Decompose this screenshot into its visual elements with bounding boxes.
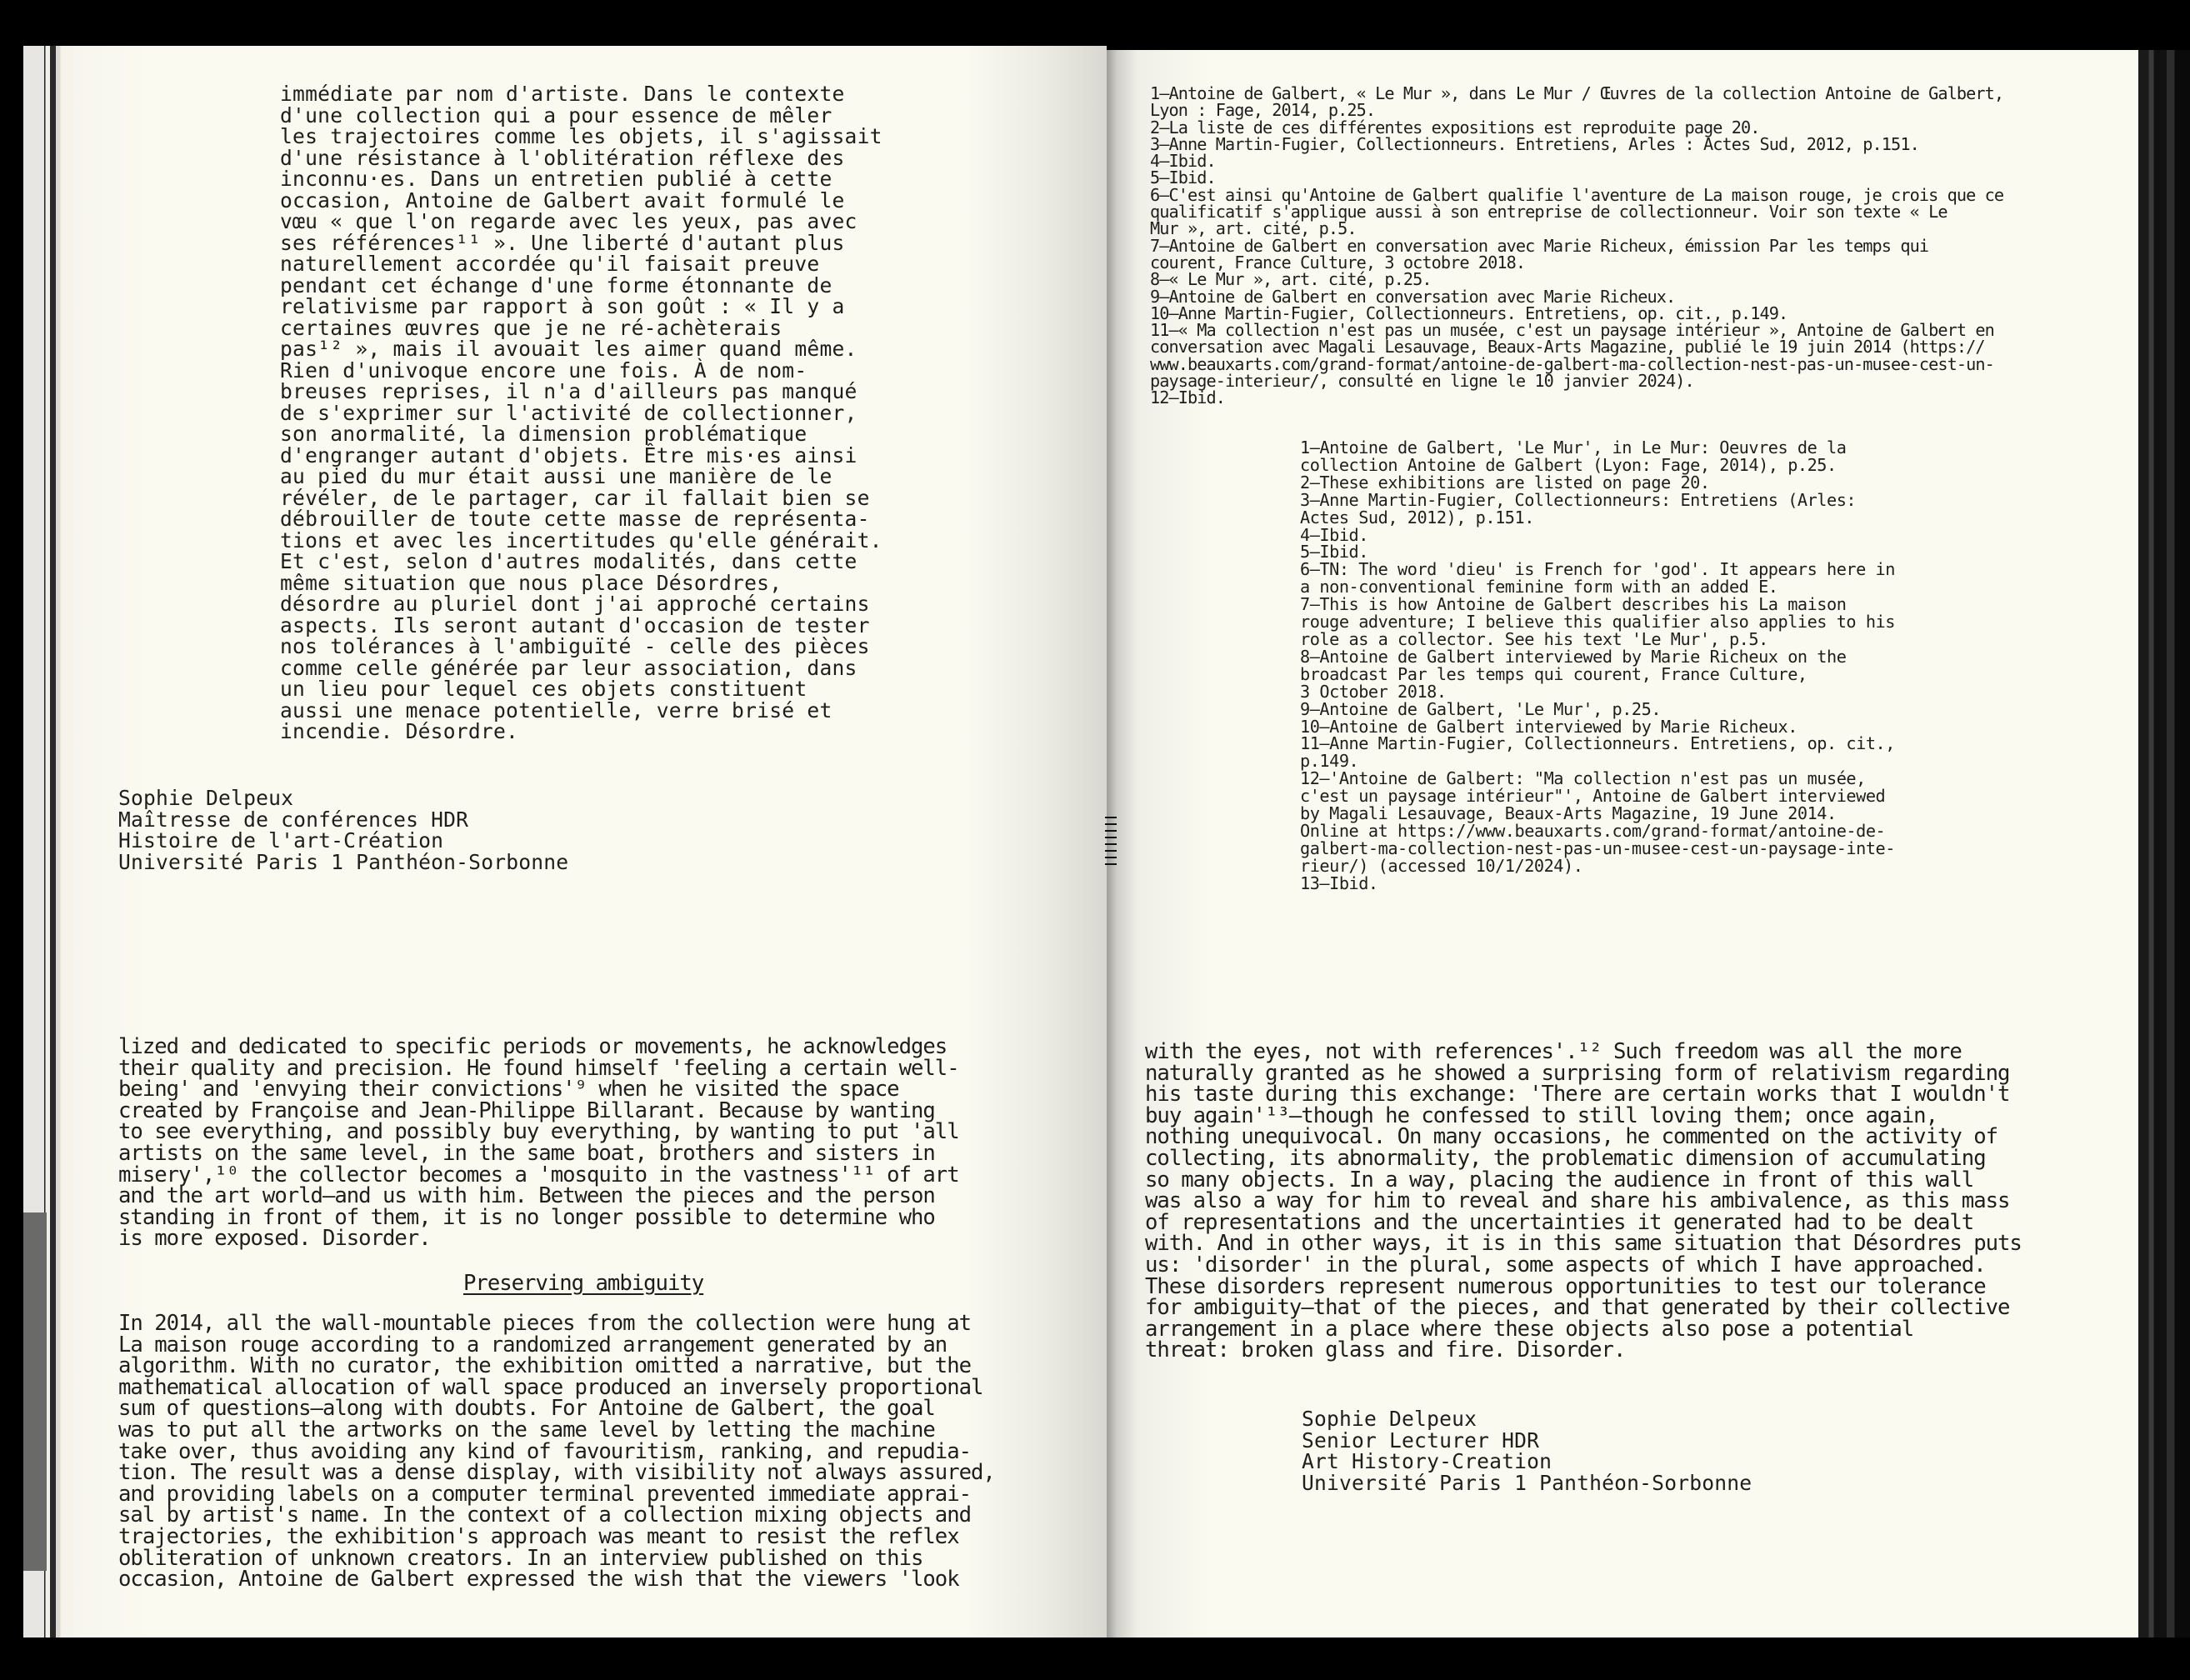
text-line: his taste during this exchange: 'There a…: [1145, 1084, 2022, 1106]
text-line: qualificatif s'applique aussi à son entr…: [1150, 203, 2003, 220]
text-line: 12—'Antoine de Galbert: "Ma collection n…: [1300, 770, 1895, 787]
section-heading: Preserving ambiguity: [463, 1271, 703, 1296]
french-body-text: immédiate par nom d'artiste. Dans le con…: [280, 83, 882, 742]
text-line: www.beauxarts.com/grand-format/antoine-d…: [1150, 356, 2003, 372]
text-line: d'une résistance à l'oblitération réflex…: [280, 147, 882, 169]
text-line: relativisme par rapport à son goût : « I…: [280, 296, 882, 317]
text-line: is more exposed. Disorder.: [118, 1228, 959, 1250]
text-line: Actes Sud, 2012), p.151.: [1300, 509, 1895, 527]
text-line: 11—Anne Martin-Fugier, Collectionneurs. …: [1300, 735, 1895, 752]
text-line: for ambiguity—that of the pieces, and th…: [1145, 1297, 2022, 1319]
text-line: collection Antoine de Galbert (Lyon: Fag…: [1300, 457, 1895, 474]
footnotes-french: 1—Antoine de Galbert, « Le Mur », dans L…: [1150, 85, 2003, 407]
text-line: rouge adventure; I believe this qualifie…: [1300, 613, 1895, 631]
text-line: Sophie Delpeux: [118, 787, 568, 809]
text-line: was also a way for him to reveal and sha…: [1145, 1191, 2022, 1212]
text-line: 9—Antoine de Galbert, 'Le Mur', p.25.: [1300, 701, 1895, 718]
text-line: 9—Antoine de Galbert en conversation ave…: [1150, 288, 2003, 305]
text-line: galbert-ma-collection-nest-pas-un-musee-…: [1300, 840, 1895, 857]
text-line: us: 'disorder' in the plural, some aspec…: [1145, 1255, 2022, 1277]
text-line: broadcast Par les temps qui courent, Fra…: [1300, 666, 1895, 683]
text-line: artists on the same level, in the same b…: [118, 1143, 959, 1165]
text-line: algorithm. With no curator, the exhibiti…: [118, 1356, 995, 1377]
text-line: role as a collector. See his text 'Le Mu…: [1300, 631, 1895, 648]
text-line: Lyon : Fage, 2014, p.25.: [1150, 102, 2003, 118]
text-line: breuses reprises, il n'a d'ailleurs pas …: [280, 381, 882, 402]
text-line: pendant cet échange d'une forme étonnant…: [280, 275, 882, 297]
text-line: immédiate par nom d'artiste. Dans le con…: [280, 83, 882, 105]
text-line: and the art world—and us with him. Betwe…: [118, 1186, 959, 1207]
text-line: Rien d'univoque encore une fois. À de no…: [280, 360, 882, 382]
text-line: débrouiller de toute cette masse de repr…: [280, 508, 882, 530]
text-line: vœu « que l'on regarde avec les yeux, pa…: [280, 211, 882, 232]
text-line: occasion, Antoine de Galbert avait formu…: [280, 190, 882, 212]
text-line: désordre au pluriel dont j'ai approché c…: [280, 593, 882, 615]
author-signature-fr: Sophie DelpeuxMaîtresse de conférences H…: [118, 787, 568, 872]
text-line: conversation avec Magali Lesauvage, Beau…: [1150, 338, 2003, 355]
text-line: p.149.: [1300, 752, 1895, 770]
text-line: Université Paris 1 Panthéon-Sorbonne: [1302, 1472, 1752, 1494]
text-line: 2—These exhibitions are listed on page 2…: [1300, 474, 1895, 492]
text-line: collecting, its abnormality, the problem…: [1145, 1148, 2022, 1170]
text-line: Université Paris 1 Panthéon-Sorbonne: [118, 852, 568, 873]
text-line: courent, France Culture, 3 octobre 2018.: [1150, 254, 2003, 271]
english-body-text-3: with the eyes, not with references'.¹² S…: [1145, 1042, 2022, 1362]
text-line: de s'exprimer sur l'activité de collecti…: [280, 402, 882, 424]
text-line: naturellement accordée qu'il faisait pre…: [280, 253, 882, 275]
text-line: 3—Anne Martin-Fugier, Collectionneurs. E…: [1150, 136, 2003, 152]
text-line: with the eyes, not with references'.¹² S…: [1145, 1042, 2022, 1063]
text-line: Art History-Creation: [1302, 1451, 1752, 1472]
text-line: 8—Antoine de Galbert interviewed by Mari…: [1300, 648, 1895, 666]
text-line: d'une collection qui a pour essence de m…: [280, 105, 882, 127]
text-line: 6—TN: The word 'dieu' is French for 'god…: [1300, 561, 1895, 578]
text-line: Histoire de l'art-Création: [118, 830, 568, 852]
text-line: les trajectoires comme les objets, il s'…: [280, 126, 882, 147]
gutter-crop-marks: [1105, 817, 1117, 883]
text-line: rieur/) (accessed 10/1/2024).: [1300, 857, 1895, 875]
text-line: 11—« Ma collection n'est pas un musée, c…: [1150, 322, 2003, 338]
text-line: by Magali Lesauvage, Beaux-Arts Magazine…: [1300, 805, 1895, 822]
text-line: incendie. Désordre.: [280, 721, 882, 742]
text-line: trajectories, the exhibition's approach …: [118, 1527, 995, 1548]
text-line: 13—Ibid.: [1300, 875, 1895, 892]
text-line: 10—Anne Martin-Fugier, Collectionneurs. …: [1150, 305, 2003, 322]
text-line: Et c'est, selon d'autres modalités, dans…: [280, 551, 882, 572]
text-line: 4—Ibid.: [1300, 527, 1895, 544]
book-spread: immédiate par nom d'artiste. Dans le con…: [0, 0, 2190, 1680]
text-line: Online at https://www.beauxarts.com/gran…: [1300, 822, 1895, 840]
text-line: 7—This is how Antoine de Galbert describ…: [1300, 596, 1895, 613]
page-edge-tab: [23, 1212, 47, 1571]
text-line: 6—C'est ainsi qu'Antoine de Galbert qual…: [1150, 187, 2003, 203]
text-line: was to put all the artworks on the same …: [118, 1420, 995, 1442]
text-line: being' and 'envying their convictions'⁹ …: [118, 1079, 959, 1101]
text-line: même situation que nous place Désordres,: [280, 572, 882, 594]
text-line: 5—Ibid.: [1150, 169, 2003, 186]
text-line: comme celle générée par leur association…: [280, 657, 882, 679]
text-line: pas¹² », mais il avouait les aimer quand…: [280, 338, 882, 360]
text-line: 12—Ibid.: [1150, 389, 2003, 406]
text-line: Mur », art. cité, p.5.: [1150, 220, 2003, 237]
text-line: Maîtresse de conférences HDR: [118, 809, 568, 831]
text-line: 3—Anne Martin-Fugier, Collectionneurs: E…: [1300, 492, 1895, 509]
text-line: 5—Ibid.: [1300, 543, 1895, 561]
text-line: a non-conventional feminine form with an…: [1300, 578, 1895, 596]
right-page-stack-edge: [2138, 50, 2190, 1637]
text-line: 2—La liste de ces différentes exposition…: [1150, 119, 2003, 136]
text-line: aussi une menace potentielle, verre bris…: [280, 700, 882, 722]
text-line: 1—Antoine de Galbert, 'Le Mur', in Le Mu…: [1300, 439, 1895, 457]
text-line: aspects. Ils seront autant d'occasion de…: [280, 615, 882, 637]
text-line: c'est un paysage intérieur"', Antoine de…: [1300, 787, 1895, 805]
left-page-stack-edge: [23, 46, 75, 1637]
text-line: paysage-interieur/, consulté en ligne le…: [1150, 372, 2003, 389]
text-line: 1—Antoine de Galbert, « Le Mur », dans L…: [1150, 85, 2003, 102]
text-line: 3 October 2018.: [1300, 683, 1895, 701]
text-line: 8—« Le Mur », art. cité, p.25.: [1150, 271, 2003, 287]
text-line: inconnu·es. Dans un entretien publié à c…: [280, 168, 882, 190]
text-line: au pied du mur était aussi une manière d…: [280, 466, 882, 487]
text-line: certaines œuvres que je ne ré-achèterais: [280, 317, 882, 339]
text-line: un lieu pour lequel ces objets constitue…: [280, 678, 882, 700]
text-line: threat: broken glass and fire. Disorder.: [1145, 1340, 2022, 1362]
text-line: tions et avec les incertitudes qu'elle g…: [280, 530, 882, 552]
author-signature-en: Sophie DelpeuxSenior Lecturer HDRArt His…: [1302, 1408, 1752, 1493]
text-line: d'engranger autant d'objets. Être mis·es…: [280, 445, 882, 467]
text-line: In 2014, all the wall-mountable pieces f…: [118, 1313, 995, 1335]
text-line: 10—Antoine de Galbert interviewed by Mar…: [1300, 718, 1895, 736]
text-line: occasion, Antoine de Galbert expressed t…: [118, 1569, 995, 1591]
text-line: son anormalité, la dimension problématiq…: [280, 423, 882, 445]
text-line: tion. The result was a dense display, wi…: [118, 1462, 995, 1484]
text-line: révéler, de le partager, car il fallait …: [280, 487, 882, 509]
text-line: Sophie Delpeux: [1302, 1408, 1752, 1430]
footnotes-english: 1—Antoine de Galbert, 'Le Mur', in Le Mu…: [1300, 439, 1895, 892]
text-line: ses références¹¹ ». Une liberté d'autant…: [280, 232, 882, 254]
english-body-text-1: lized and dedicated to specific periods …: [118, 1037, 959, 1250]
text-line: Senior Lecturer HDR: [1302, 1430, 1752, 1452]
text-line: nos tolérances à l'ambiguïté - celle des…: [280, 636, 882, 657]
text-line: 4—Ibid.: [1150, 152, 2003, 169]
text-line: lized and dedicated to specific periods …: [118, 1037, 959, 1058]
text-line: 7—Antoine de Galbert en conversation ave…: [1150, 237, 2003, 254]
english-body-text-2: In 2014, all the wall-mountable pieces f…: [118, 1313, 995, 1591]
